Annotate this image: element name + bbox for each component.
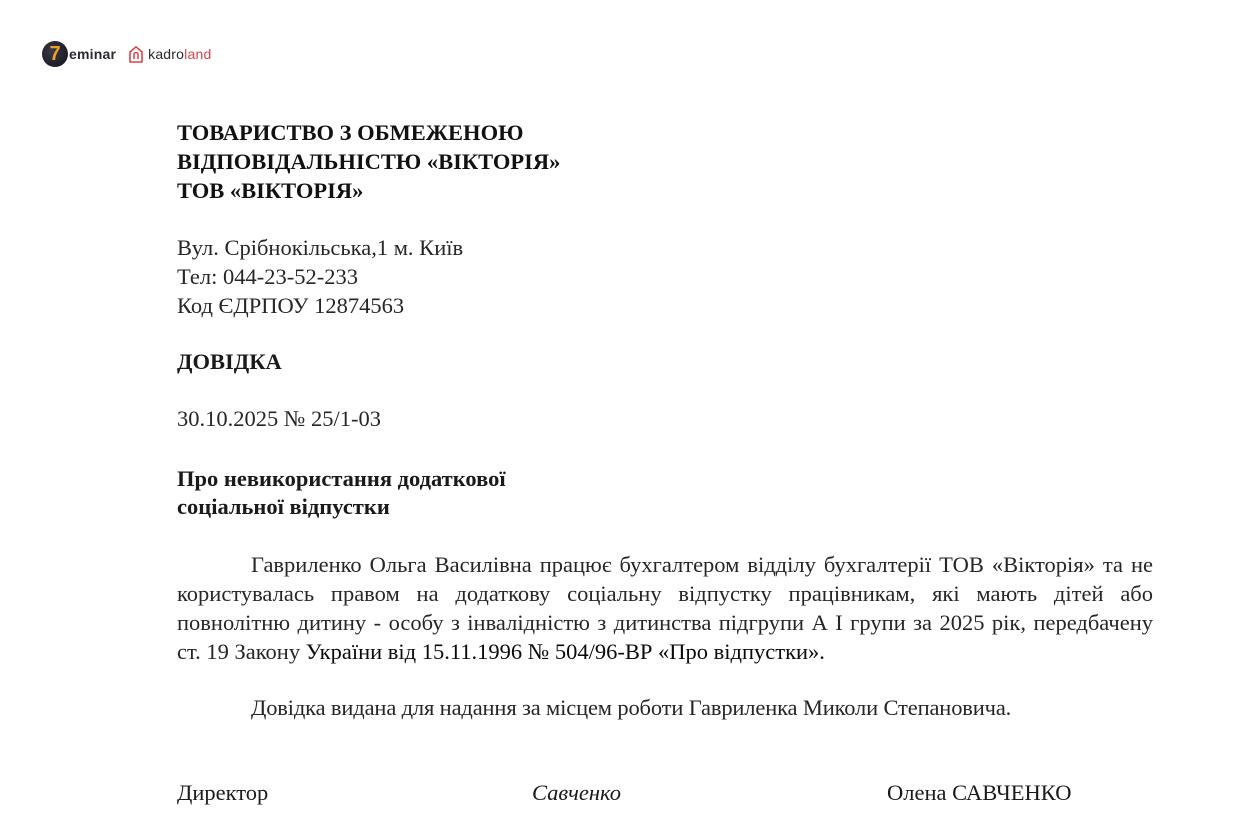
address: Вул. Срібнокільська,1 м. Київ — [177, 233, 463, 262]
law-reference: України від 15.11.1996 № 504/96-ВР «Про … — [306, 639, 825, 664]
organization-line: ТОВ «ВІКТОРІЯ» — [177, 176, 560, 205]
subject-line: Про невикористання додаткової — [177, 465, 506, 493]
signatory-position: Директор — [177, 780, 268, 806]
kadroland-word-accent: land — [184, 46, 211, 62]
organization-name: ТОВАРИСТВО З ОБМЕЖЕНОЮ ВІДПОВІДАЛЬНІСТЮ … — [177, 118, 560, 205]
kadroland-word-main: kadro — [148, 46, 184, 62]
seminar-logo-word: eminar — [69, 46, 116, 62]
kadroland-logo-word: kadroland — [148, 46, 211, 62]
organization-line: ТОВАРИСТВО З ОБМЕЖЕНОЮ — [177, 118, 560, 147]
body-paragraph: Гавриленко Ольга Василівна працює бухгал… — [177, 550, 1153, 666]
organization-line: ВІДПОВІДАЛЬНІСТЮ «ВІКТОРІЯ» — [177, 147, 560, 176]
phone: Тел: 044-23-52-233 — [177, 262, 463, 291]
header-logos: 7 eminar kadroland — [42, 40, 211, 68]
seminar-logo: 7 eminar — [42, 41, 116, 67]
house-icon — [128, 45, 144, 63]
kadroland-logo: kadroland — [128, 45, 211, 63]
seminar-logo-mark: 7 — [42, 41, 68, 67]
document-date-number: 30.10.2025 № 25/1-03 — [177, 406, 381, 432]
document-subject: Про невикористання додаткової соціальної… — [177, 465, 506, 521]
document-type: ДОВІДКА — [177, 349, 282, 375]
signature: Савченко — [532, 780, 621, 806]
signatory-name: Олена САВЧЕНКО — [887, 780, 1071, 806]
closing-paragraph: Довідка видана для надання за місцем роб… — [177, 695, 1153, 721]
subject-line: соціальної відпустки — [177, 493, 506, 521]
organization-contacts: Вул. Срібнокільська,1 м. Київ Тел: 044-2… — [177, 233, 463, 320]
edrpou-code: Код ЄДРПОУ 12874563 — [177, 291, 463, 320]
